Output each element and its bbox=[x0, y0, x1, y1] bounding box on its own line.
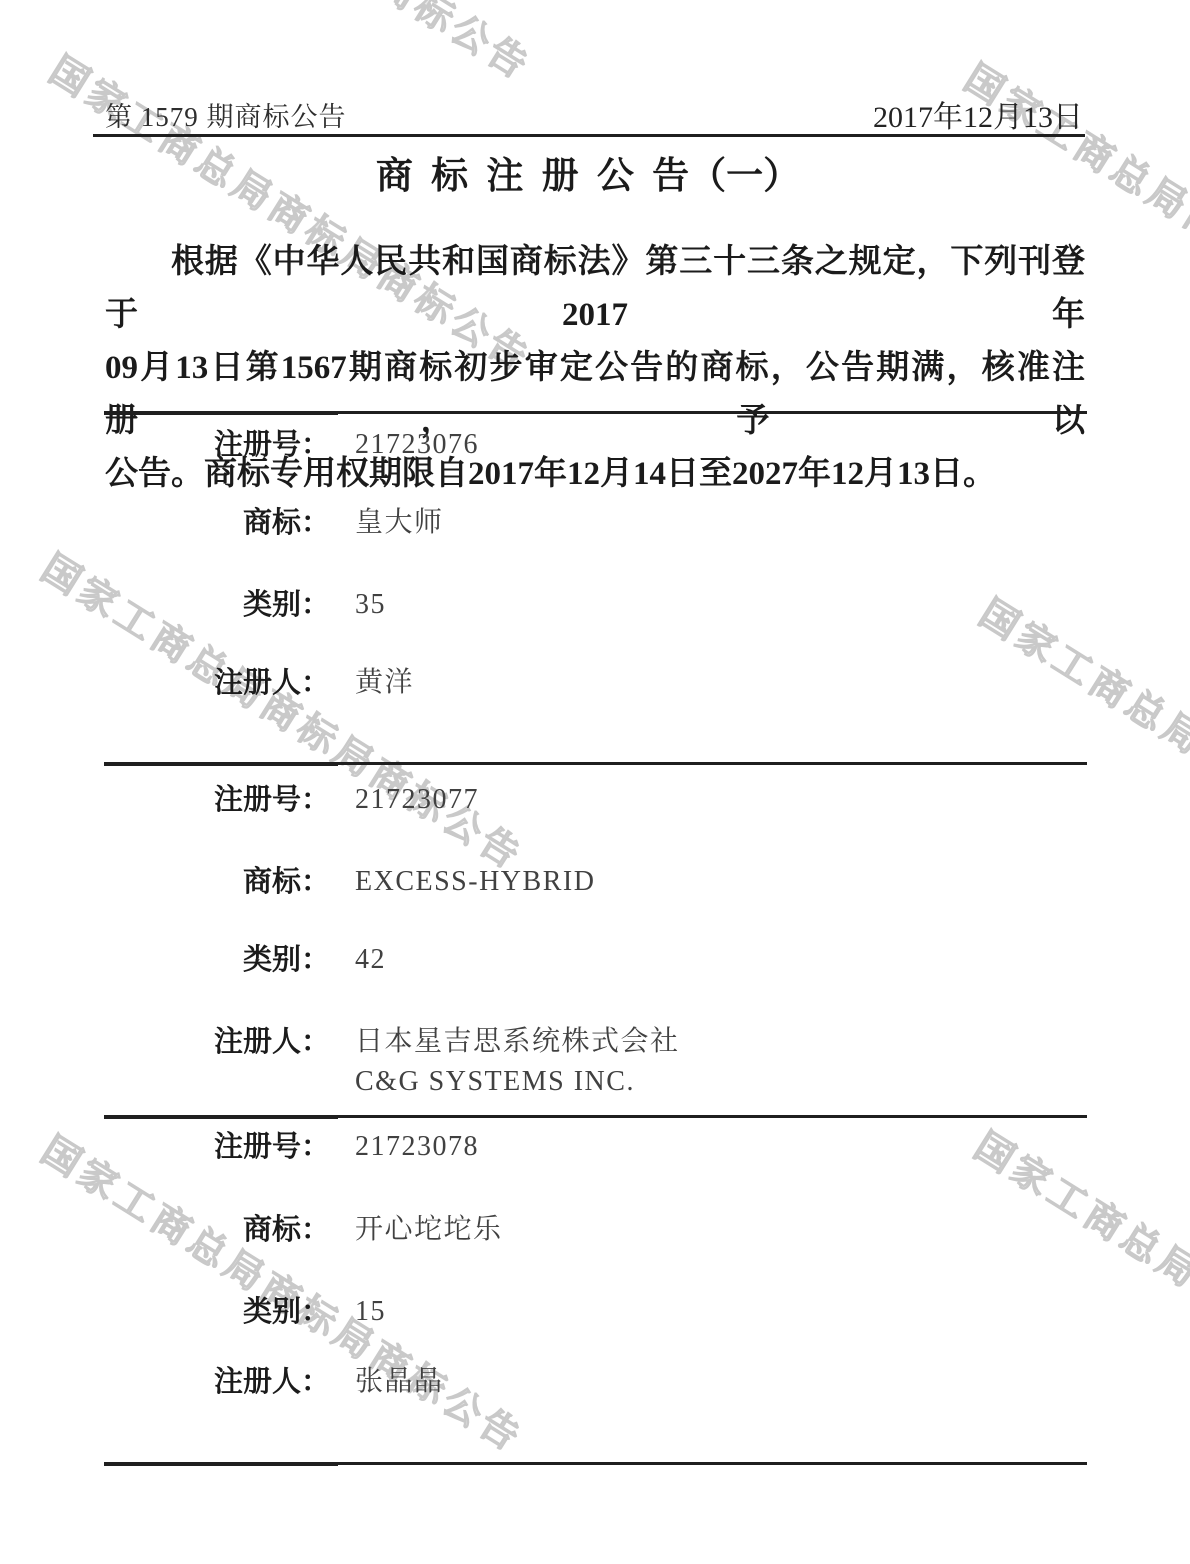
value-category: 35 bbox=[355, 585, 386, 625]
record-separator bbox=[0, 411, 1190, 416]
separator-segment bbox=[338, 1462, 1087, 1465]
field-label-registrant: 注册人： bbox=[0, 663, 330, 703]
separator-segment bbox=[104, 762, 338, 766]
separator-segment bbox=[104, 411, 338, 415]
value-registrant: 张晶晶 bbox=[355, 1362, 444, 1402]
value-reg-no: 21723076 bbox=[355, 425, 479, 465]
record-row: 注册人： 张晶晶 bbox=[0, 1362, 1190, 1402]
record-row: 类别： 35 bbox=[0, 585, 1190, 625]
separator-segment bbox=[338, 411, 1087, 414]
field-label-reg-no: 注册号： bbox=[0, 1127, 330, 1167]
field-label-reg-no: 注册号： bbox=[0, 780, 330, 820]
record-row: 商标： 皇大师 bbox=[0, 503, 1190, 543]
gazette-page: 第 1579 期商标公告 2017年12月13日 商 标 注 册 公 告（一） … bbox=[0, 0, 1190, 1564]
field-label-category: 类别： bbox=[0, 940, 330, 980]
field-label-registrant: 注册人： bbox=[0, 1022, 330, 1062]
record-row: 注册号： 21723078 bbox=[0, 1127, 1190, 1167]
record-separator bbox=[0, 1115, 1190, 1120]
value-category: 42 bbox=[355, 940, 386, 980]
field-label-category: 类别： bbox=[0, 1292, 330, 1332]
field-label-trademark: 商标： bbox=[0, 1210, 330, 1250]
record-row: 注册号： 21723077 bbox=[0, 780, 1190, 820]
field-label-reg-no: 注册号： bbox=[0, 425, 330, 465]
value-registrant: 日本星吉思系统株式会社 bbox=[355, 1022, 680, 1062]
value-registrant-extra: C&G SYSTEMS INC. bbox=[355, 1062, 635, 1102]
record-row: 注册号： 21723076 bbox=[0, 425, 1190, 465]
value-reg-no: 21723078 bbox=[355, 1127, 479, 1167]
value-trademark: 皇大师 bbox=[355, 503, 444, 543]
page-date: 2017年12月13日 bbox=[873, 92, 1083, 136]
field-label-trademark: 商标： bbox=[0, 862, 330, 902]
value-trademark: 开心坨坨乐 bbox=[355, 1210, 503, 1250]
separator-segment bbox=[338, 1115, 1087, 1118]
field-label-category: 类别： bbox=[0, 585, 330, 625]
record-separator bbox=[0, 1462, 1190, 1467]
value-reg-no: 21723077 bbox=[355, 780, 479, 820]
header-rule bbox=[93, 134, 1085, 137]
separator-segment bbox=[338, 762, 1087, 765]
record-separator bbox=[0, 762, 1190, 767]
page-title: 商 标 注 册 公 告（一） bbox=[0, 145, 1176, 199]
record-row: 商标： EXCESS-HYBRID bbox=[0, 862, 1190, 902]
value-trademark: EXCESS-HYBRID bbox=[355, 862, 595, 902]
intro-line: 根据《中华人民共和国商标法》第三十三条之规定，下列刊登于2017年 bbox=[105, 236, 1085, 342]
field-label-registrant: 注册人： bbox=[0, 1362, 330, 1402]
separator-segment bbox=[104, 1115, 338, 1119]
value-category: 15 bbox=[355, 1292, 386, 1332]
issue-number: 第 1579 期商标公告 bbox=[105, 95, 347, 134]
record-row: 类别： 42 bbox=[0, 940, 1190, 980]
record-row: 注册人： 黄洋 bbox=[0, 663, 1190, 703]
separator-segment bbox=[104, 1462, 338, 1466]
record-row: C&G SYSTEMS INC. bbox=[0, 1062, 1190, 1102]
record-row: 注册人： 日本星吉思系统株式会社 bbox=[0, 1022, 1190, 1062]
record-row: 类别： 15 bbox=[0, 1292, 1190, 1332]
record-row: 商标： 开心坨坨乐 bbox=[0, 1210, 1190, 1250]
field-label-trademark: 商标： bbox=[0, 503, 330, 543]
value-registrant: 黄洋 bbox=[355, 663, 414, 703]
